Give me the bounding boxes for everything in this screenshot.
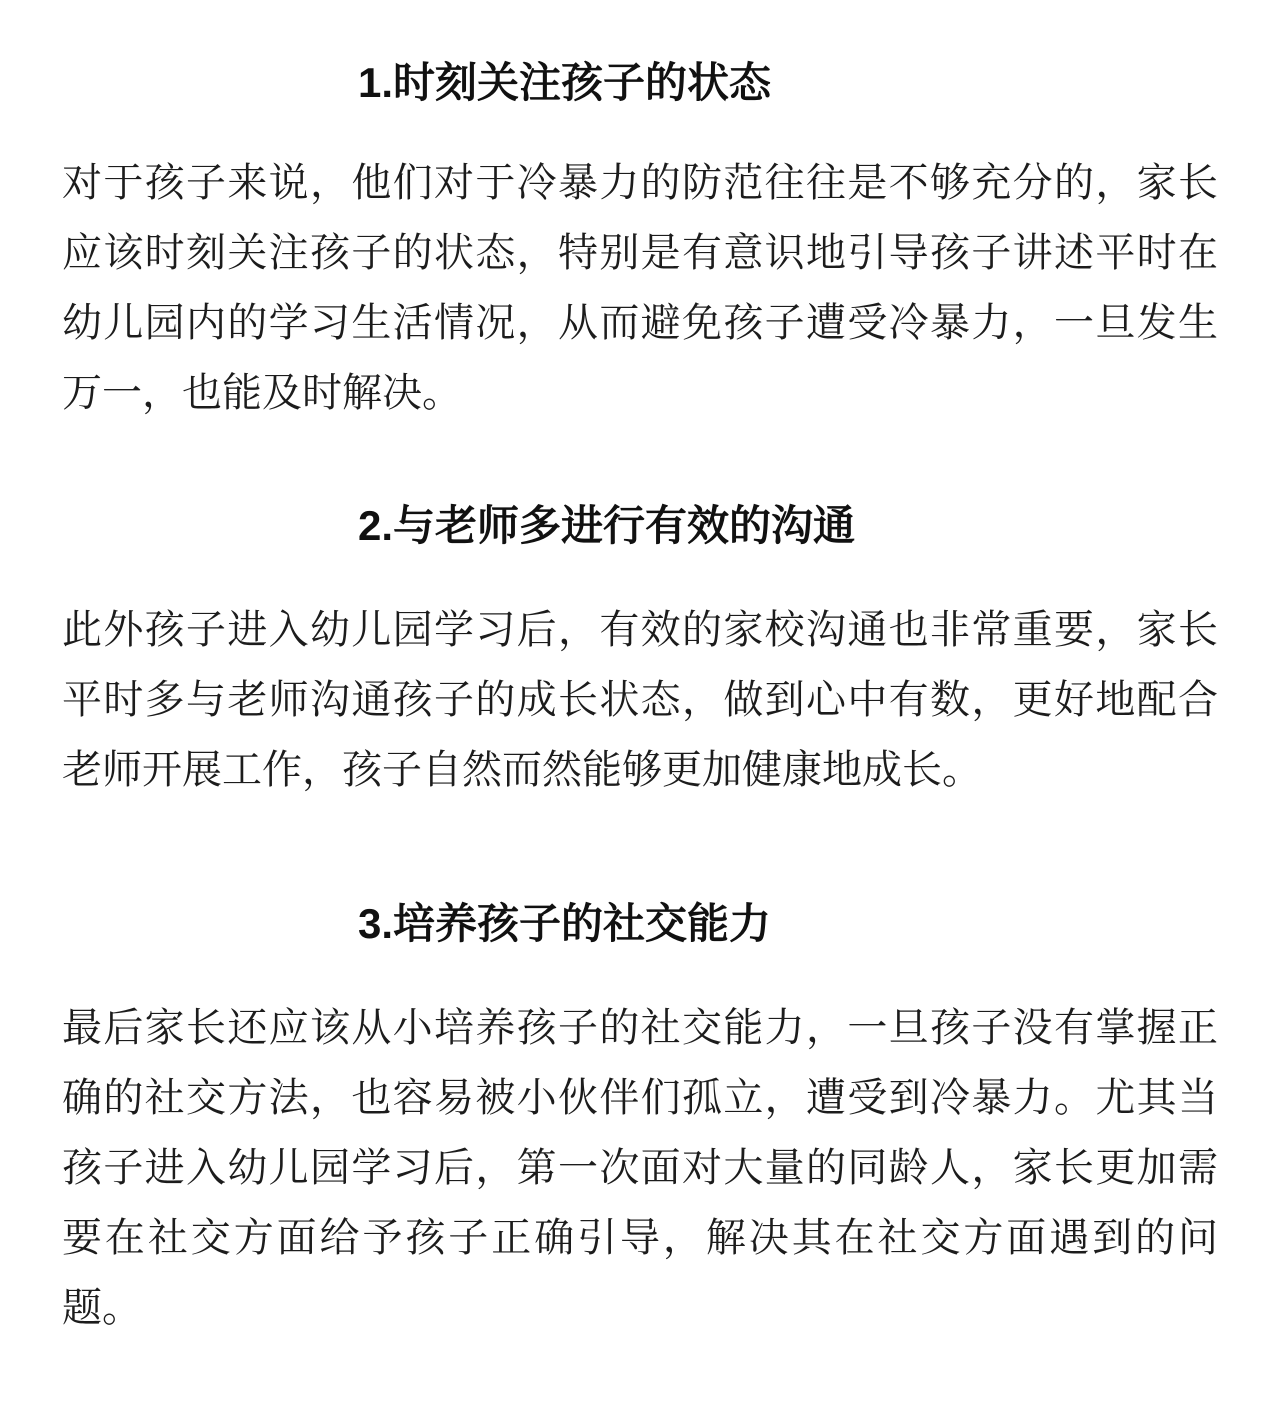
section-teacher-communication: 2.与老师多进行有效的沟通 此外孩子进入幼儿园学习后，有效的家校沟通也非常重要，… <box>62 491 1218 805</box>
section-3-paragraph: 最后家长还应该从小培养孩子的社交能力，一旦孩子没有掌握正确的社交方法，也容易被小… <box>62 993 1218 1343</box>
section-1-heading: 1.时刻关注孩子的状态 <box>62 48 1218 118</box>
section-social-skills: 3.培养孩子的社交能力 最后家长还应该从小培养孩子的社交能力，一旦孩子没有掌握正… <box>62 889 1218 1343</box>
section-3-heading: 3.培养孩子的社交能力 <box>62 889 1218 959</box>
section-2-heading: 2.与老师多进行有效的沟通 <box>62 491 1218 561</box>
section-child-status: 1.时刻关注孩子的状态 对于孩子来说，他们对于冷暴力的防范往往是不够充分的，家长… <box>62 48 1218 428</box>
section-1-paragraph: 对于孩子来说，他们对于冷暴力的防范往往是不够充分的，家长应该时刻关注孩子的状态，… <box>62 148 1218 428</box>
section-2-paragraph: 此外孩子进入幼儿园学习后，有效的家校沟通也非常重要，家长平时多与老师沟通孩子的成… <box>62 595 1218 805</box>
article-page: 1.时刻关注孩子的状态 对于孩子来说，他们对于冷暴力的防范往往是不够充分的，家长… <box>0 48 1280 1343</box>
